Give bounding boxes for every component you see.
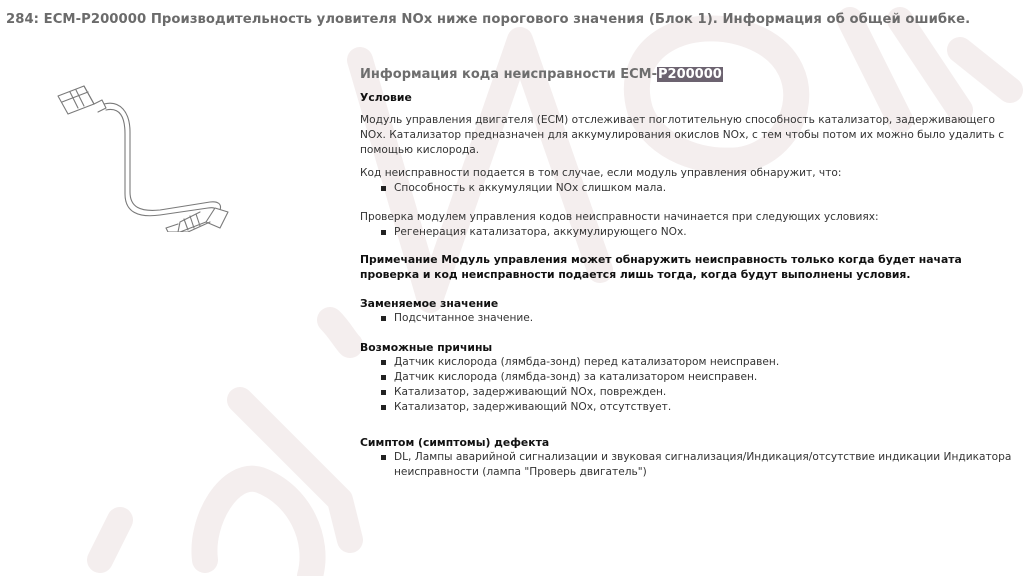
condition-paragraph-1: Модуль управления двигателя (ECM) отслеж… (360, 113, 1020, 158)
page-title: 284: ECM-P200000 Производительность улов… (6, 12, 970, 27)
section-title-condition: Условие (360, 90, 1020, 105)
list-item: Способность к аккумуляции NOx слишком ма… (380, 181, 1020, 196)
substitute-value-list: Подсчитанное значение. (380, 311, 1020, 326)
list-item: Датчик кислорода (лямбда-зонд) за катали… (380, 370, 1020, 385)
start-conditions-list: Регенерация катализатора, аккумулирующег… (380, 225, 1020, 240)
list-item: Подсчитанное значение. (380, 311, 1020, 326)
section-title-substitute: Заменяемое значение (360, 296, 1020, 311)
condition-paragraph-3: Проверка модулем управления кодов неиспр… (360, 210, 1020, 225)
condition-paragraph-2: Код неисправности подается в том случае,… (360, 166, 1020, 181)
section-title-symptoms: Симптом (симптомы) дефекта (360, 435, 1020, 450)
dtc-info-content: Информация кода неисправности ECM-P20000… (360, 66, 1020, 480)
detect-conditions-list: Способность к аккумуляции NOx слишком ма… (380, 181, 1020, 196)
list-item: Катализатор, задерживающий NOx, отсутств… (380, 400, 1020, 415)
code-heading: Информация кода неисправности ECM-P20000… (360, 66, 1020, 84)
condition-note: Примечание Модуль управления может обнар… (360, 252, 1020, 282)
symptoms-list: DL, Лампы аварийной сигнализации и звуко… (380, 450, 1020, 480)
list-item: Регенерация катализатора, аккумулирующег… (380, 225, 1020, 240)
possible-causes-list: Датчик кислорода (лямбда-зонд) перед кат… (380, 355, 1020, 415)
section-title-causes: Возможные причины (360, 340, 1020, 355)
list-item: Катализатор, задерживающий NOx, поврежде… (380, 385, 1020, 400)
list-item: DL, Лампы аварийной сигнализации и звуко… (380, 450, 1020, 480)
list-item: Датчик кислорода (лямбда-зонд) перед кат… (380, 355, 1020, 370)
code-heading-prefix: Информация кода неисправности ECM- (360, 67, 657, 82)
highlighted-code[interactable]: P200000 (657, 67, 723, 82)
oxygen-sensor-illustration (50, 82, 240, 232)
